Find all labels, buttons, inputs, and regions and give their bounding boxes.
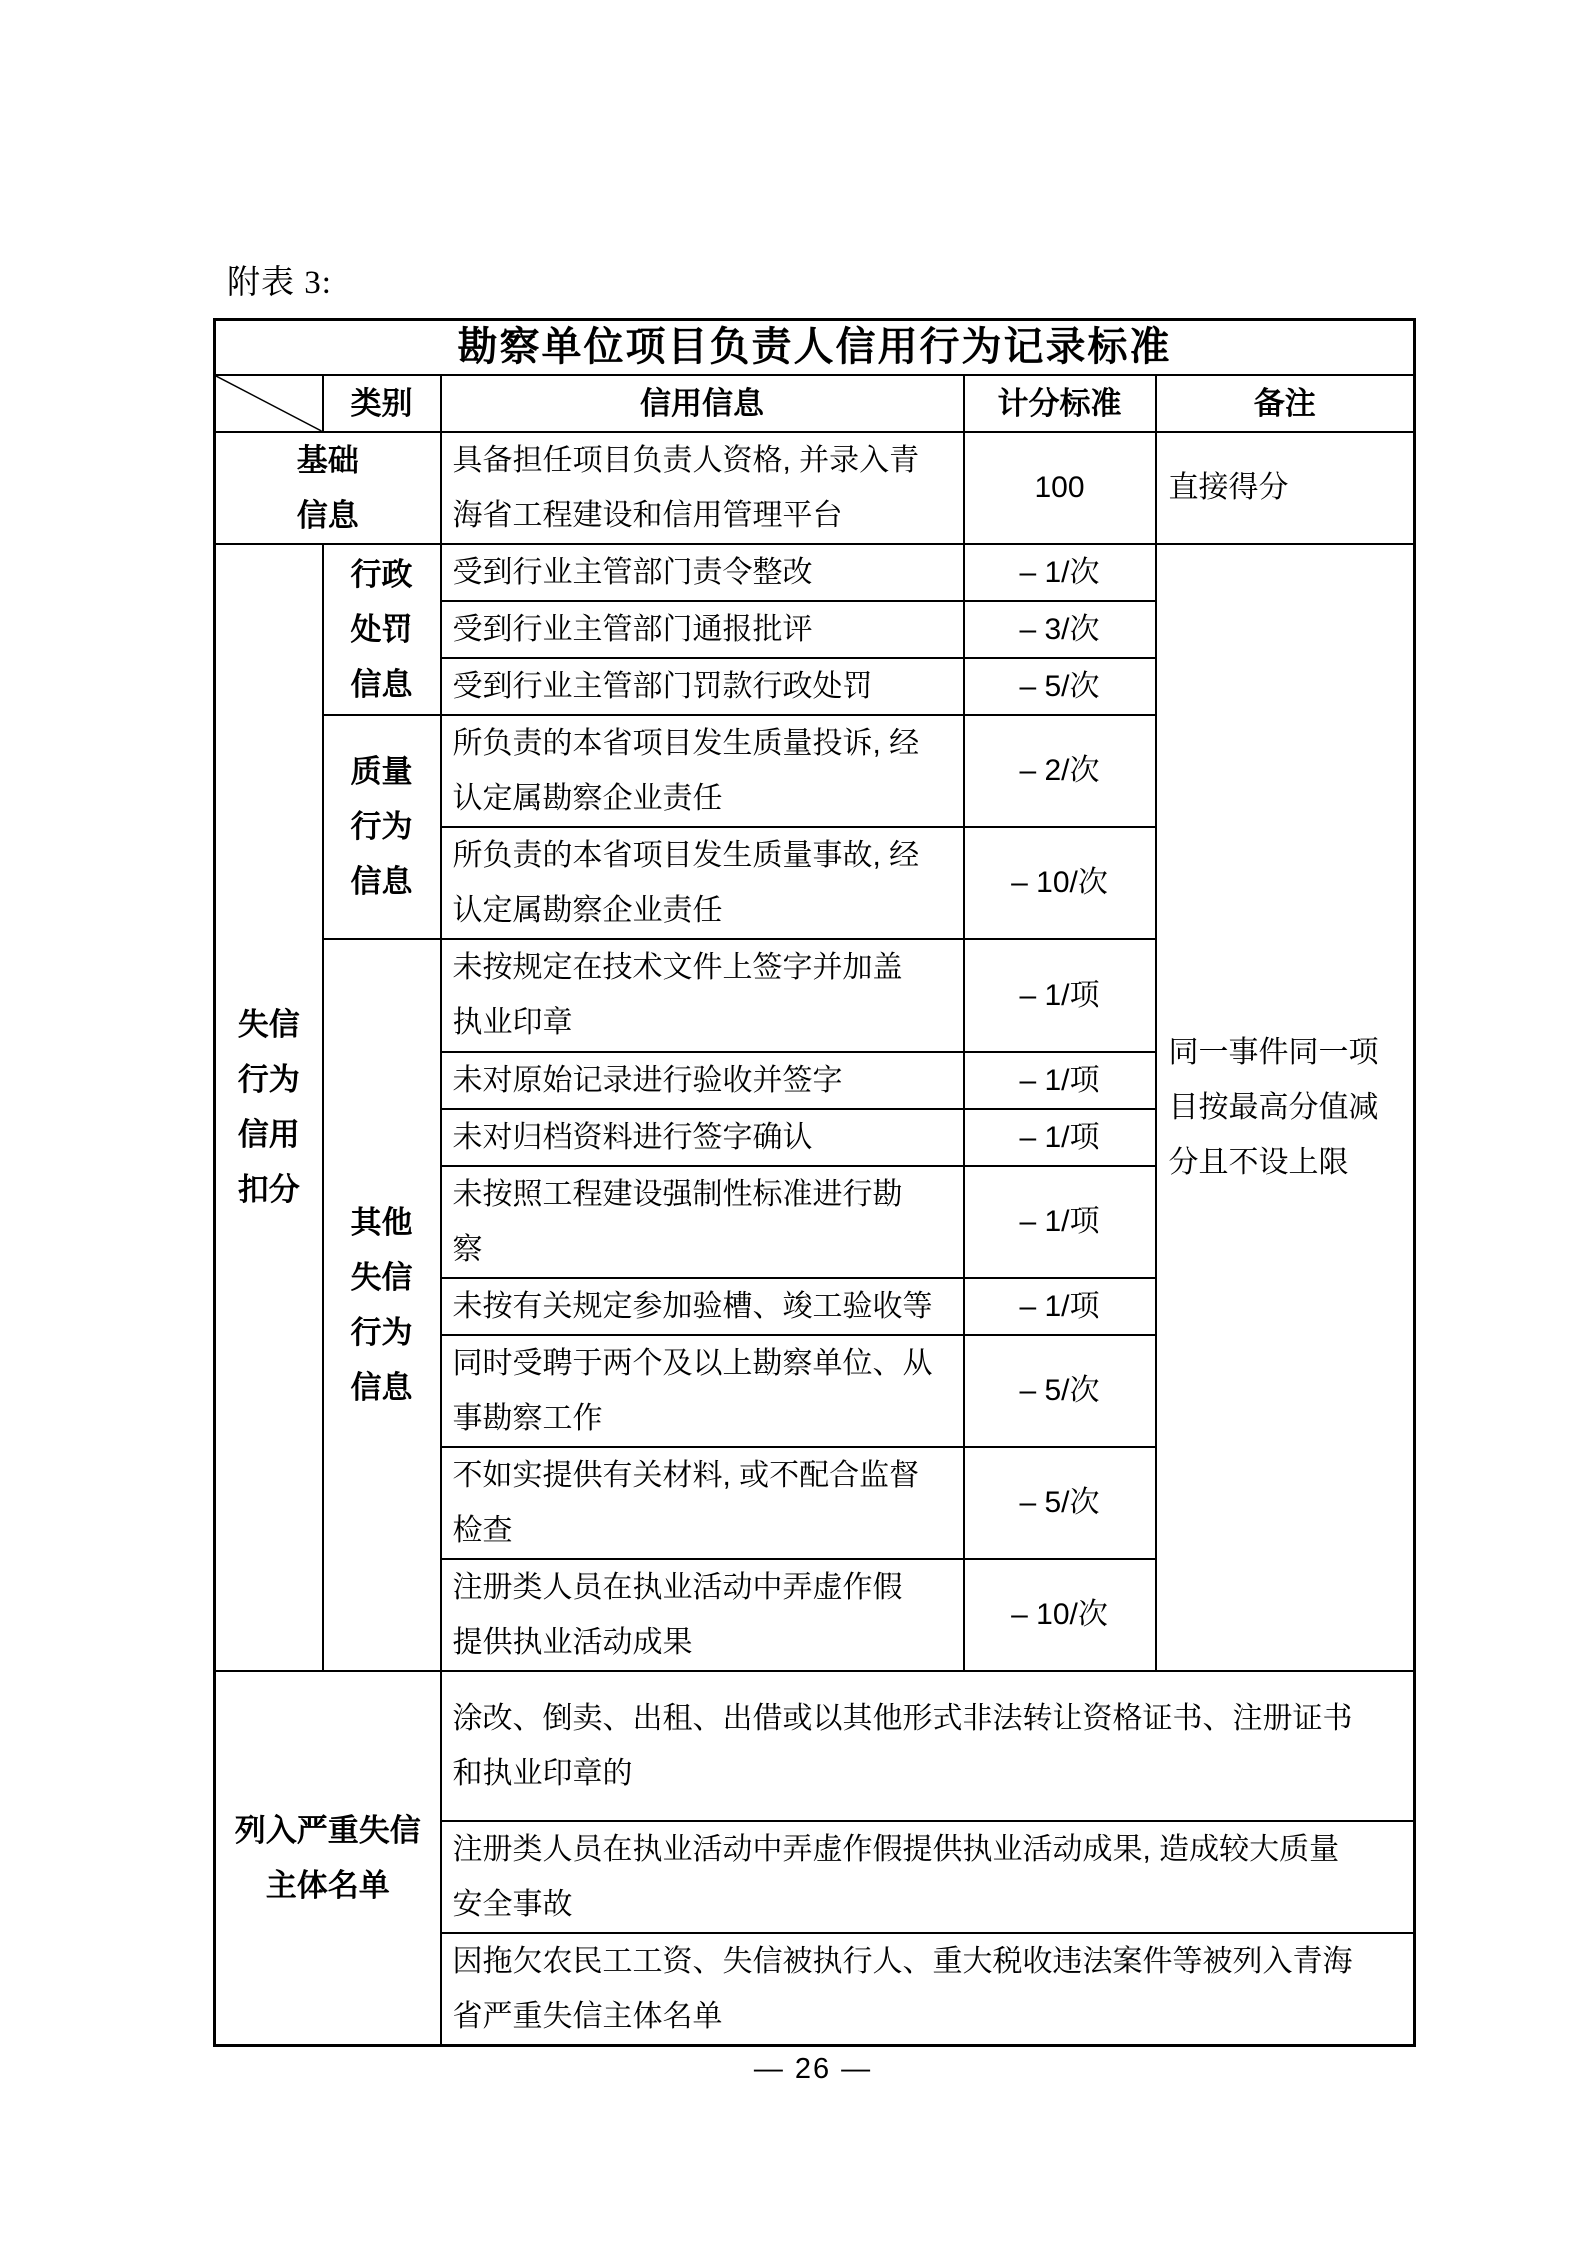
page-number: — 26 — — [213, 2042, 1413, 2097]
group-basic-info: 基础 信息 — [215, 432, 441, 544]
cell-other-score: – 1/项 — [964, 1109, 1156, 1166]
diagonal-line — [216, 376, 322, 431]
cell-penalty-score: – 3/次 — [964, 601, 1156, 658]
header-score: 计分标准 — [964, 375, 1156, 432]
cell-other-info: 注册类人员在执业活动中弄虚作假 提供执业活动成果 — [441, 1559, 964, 1671]
cell-other-info: 未对原始记录进行验收并签字 — [441, 1052, 964, 1109]
header-category: 类别 — [323, 375, 441, 432]
document-page: 附表 3: 勘察单位项目负责人信用行为记录标准 类别 信用信息 计分标准 备注 — [0, 0, 1587, 2245]
cell-other-info: 未对归档资料进行签字确认 — [441, 1109, 964, 1166]
cell-other-info: 未按有关规定参加验槽、竣工验收等 — [441, 1278, 964, 1335]
cell-deduction-remark: 同一事件同一项 目按最高分值减 分且不设上限 — [1156, 544, 1415, 1671]
cell-penalty-info: 受到行业主管部门通报批评 — [441, 601, 964, 658]
cell-basic-info: 具备担任项目负责人资格, 并录入青 海省工程建设和信用管理平台 — [441, 432, 964, 544]
group-blacklist: 列入严重失信 主体名单 — [215, 1671, 441, 2046]
cell-basic-score: 100 — [964, 432, 1156, 544]
cell-quality-score: – 2/次 — [964, 715, 1156, 827]
credit-record-table: 勘察单位项目负责人信用行为记录标准 类别 信用信息 计分标准 备注 基础 信息 … — [213, 318, 1416, 2047]
cell-other-score: – 1/项 — [964, 939, 1156, 1052]
cell-penalty-score: – 5/次 — [964, 658, 1156, 715]
cell-penalty-score: – 1/次 — [964, 544, 1156, 601]
table-title: 勘察单位项目负责人信用行为记录标准 — [215, 320, 1415, 375]
cell-other-score: – 1/项 — [964, 1278, 1156, 1335]
cell-basic-remark: 直接得分 — [1156, 432, 1415, 544]
cell-other-score: – 10/次 — [964, 1559, 1156, 1671]
group-deduction: 失信 行为 信用 扣分 — [215, 544, 323, 1671]
cell-blacklist-info: 因拖欠农民工工资、失信被执行人、重大税收违法案件等被列入青海 省严重失信主体名单 — [441, 1933, 1415, 2046]
cell-other-score: – 5/次 — [964, 1335, 1156, 1447]
cell-blacklist-info: 注册类人员在执业活动中弄虚作假提供执业活动成果, 造成较大质量 安全事故 — [441, 1821, 1415, 1933]
subgroup-other: 其他 失信 行为 信息 — [323, 939, 441, 1671]
cell-penalty-info: 受到行业主管部门责令整改 — [441, 544, 964, 601]
subgroup-quality: 质量 行为 信息 — [323, 715, 441, 939]
cell-other-info: 不如实提供有关材料, 或不配合监督 检查 — [441, 1447, 964, 1559]
subgroup-penalty: 行政 处罚 信息 — [323, 544, 441, 715]
cell-quality-score: – 10/次 — [964, 827, 1156, 939]
header-remark: 备注 — [1156, 375, 1415, 432]
header-corner-cell — [215, 375, 323, 432]
cell-quality-info: 所负责的本省项目发生质量事故, 经 认定属勘察企业责任 — [441, 827, 964, 939]
cell-other-info: 未按照工程建设强制性标准进行勘 察 — [441, 1166, 964, 1278]
header-credit-info: 信用信息 — [441, 375, 964, 432]
cell-other-score: – 5/次 — [964, 1447, 1156, 1559]
table-caption: 附表 3: — [227, 263, 332, 303]
cell-other-info: 同时受聘于两个及以上勘察单位、从 事勘察工作 — [441, 1335, 964, 1447]
cell-other-score: – 1/项 — [964, 1052, 1156, 1109]
cell-blacklist-info: 涂改、倒卖、出租、出借或以其他形式非法转让资格证书、注册证书 和执业印章的 — [441, 1671, 1415, 1821]
cell-quality-info: 所负责的本省项目发生质量投诉, 经 认定属勘察企业责任 — [441, 715, 964, 827]
cell-penalty-info: 受到行业主管部门罚款行政处罚 — [441, 658, 964, 715]
cell-other-score: – 1/项 — [964, 1166, 1156, 1278]
cell-other-info: 未按规定在技术文件上签字并加盖 执业印章 — [441, 939, 964, 1052]
